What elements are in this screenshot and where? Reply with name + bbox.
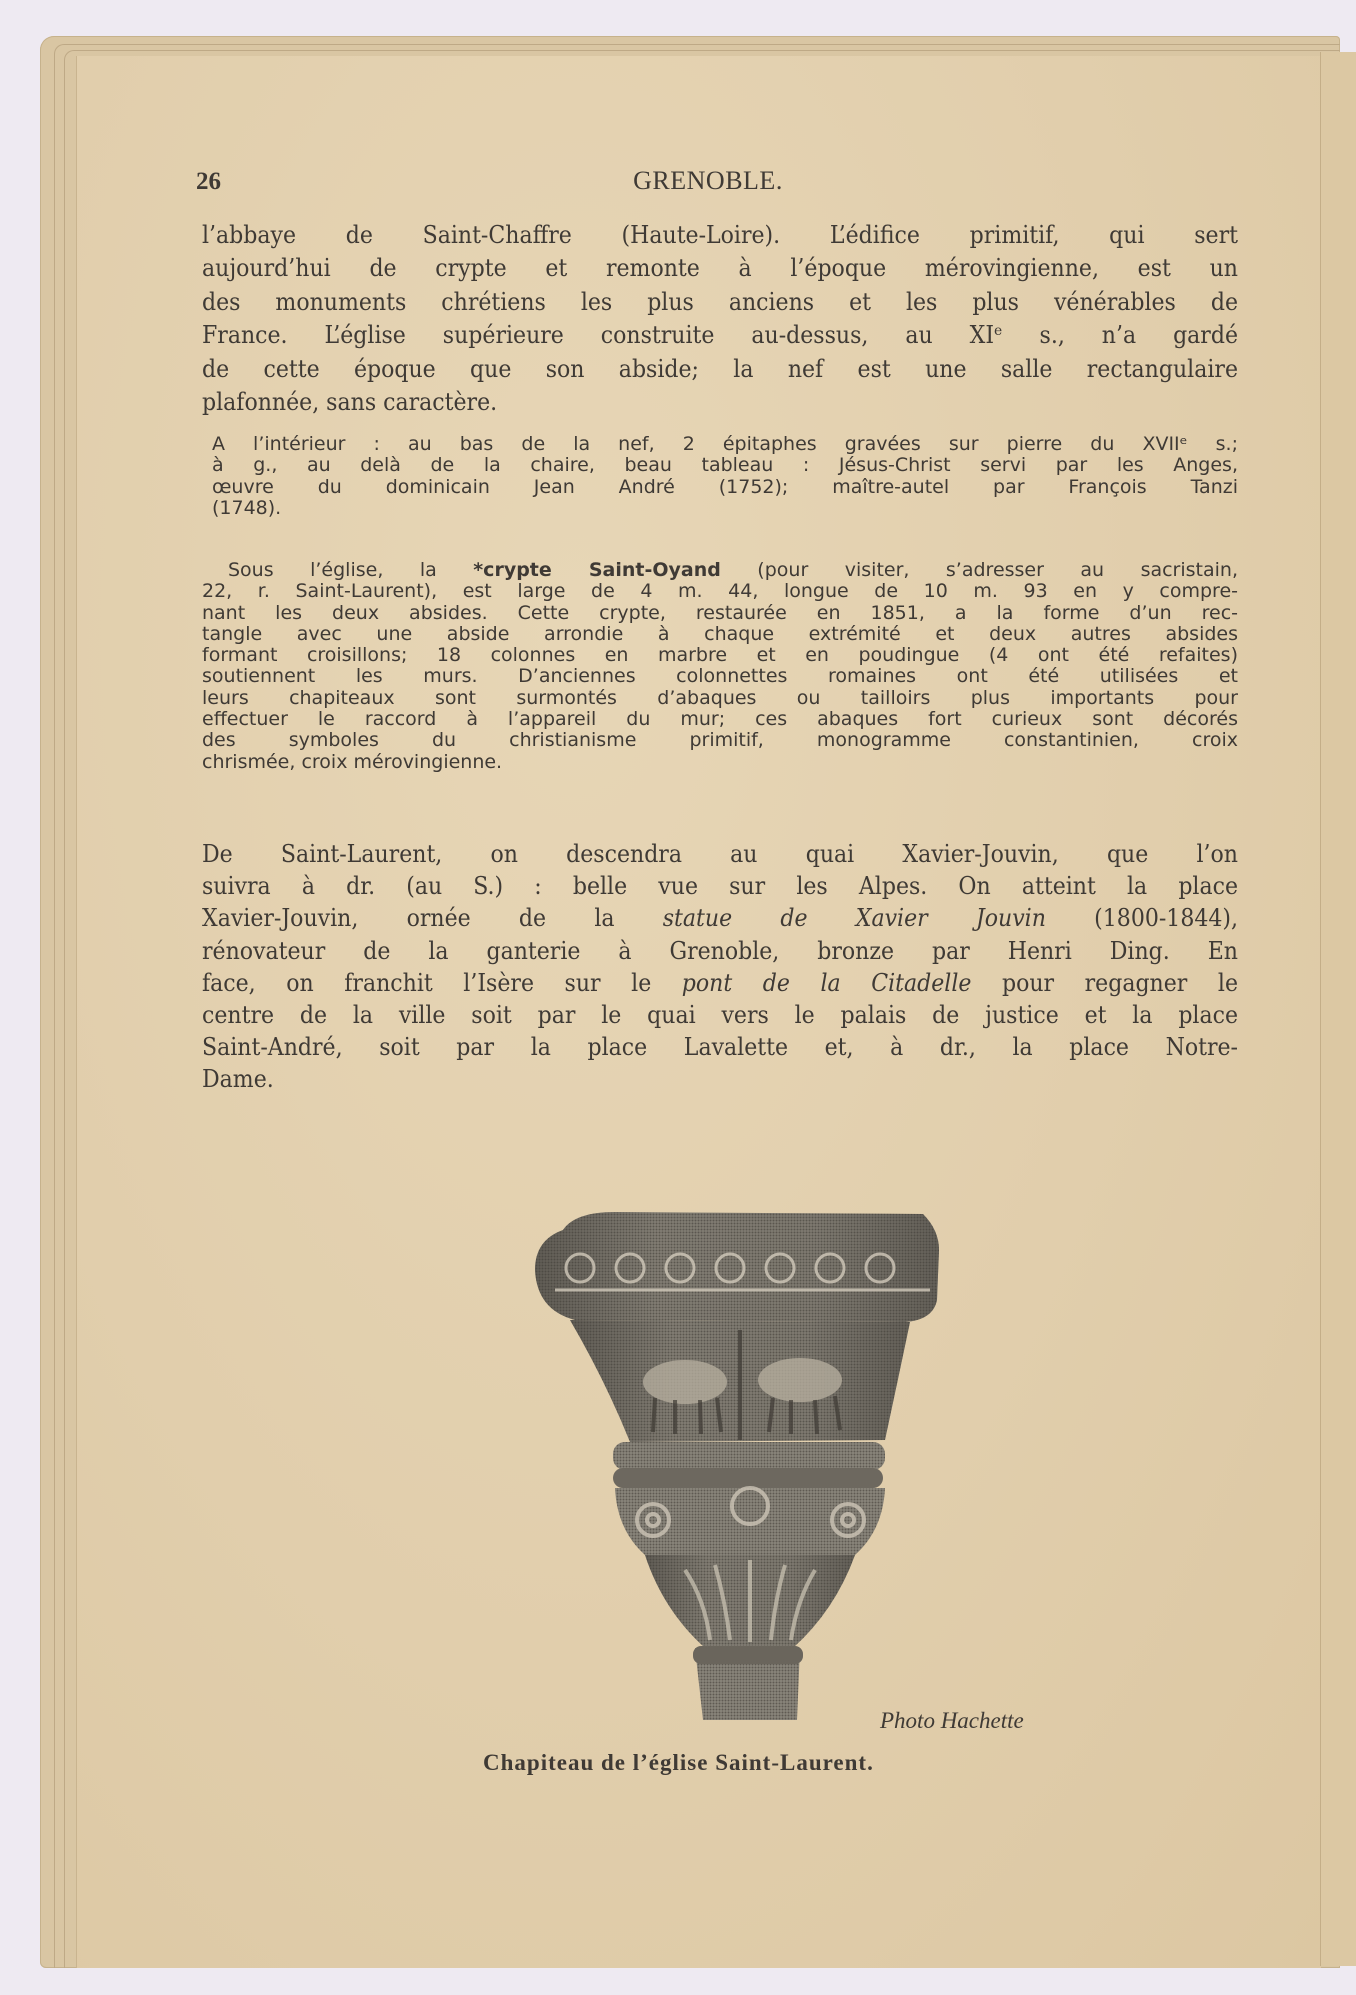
- running-title: GRENOBLE.: [0, 166, 1356, 196]
- text-line: rénovateur de la ganterie à Grenoble, br…: [202, 935, 1238, 967]
- paragraph-interieur: A l’intérieur : au bas de la nef, 2 épit…: [212, 434, 1238, 519]
- facing-page-edge: [1320, 52, 1356, 1966]
- text-line: suivra à dr. (au S.) : belle vue sur les…: [202, 870, 1238, 902]
- text-line: Sous l’église, la *crypte Saint-Oyand (p…: [202, 560, 1238, 581]
- text-line: centre de la ville soit par le quai vers…: [202, 999, 1238, 1031]
- text-line: A l’intérieur : au bas de la nef, 2 épit…: [212, 434, 1238, 455]
- crypte-saint-oyand-heading: *crypte Saint-Oyand: [473, 559, 721, 581]
- text-line: à g., au delà de la chaire, beau tableau…: [212, 455, 1238, 476]
- text-line: (1748).: [212, 498, 1238, 519]
- text-line: plafonnée, sans caractère.: [202, 385, 1238, 418]
- text-line: de cette époque que son abside; la nef e…: [202, 352, 1238, 385]
- text-line: des monuments chrétiens les plus anciens…: [202, 285, 1238, 318]
- text-line: 22, r. Saint-Laurent), est large de 4 m.…: [202, 581, 1238, 602]
- text-line: De Saint-Laurent, on descendra au quai X…: [202, 838, 1238, 870]
- paragraph-abbaye: l’abbaye de Saint-Chaffre (Haute-Loire).…: [202, 218, 1238, 418]
- pont-citadelle-italic: pont de la Citadelle: [682, 968, 972, 997]
- text-line: France. L’église supérieure construite a…: [202, 318, 1238, 351]
- text-line: tangle avec une abside arrondie à chaque…: [202, 624, 1238, 645]
- text-run: pour regagner le: [971, 968, 1238, 997]
- text-line: œuvre du dominicain Jean André (1752); m…: [212, 477, 1238, 498]
- text-line: aujourd’hui de crypte et remonte à l’épo…: [202, 251, 1238, 284]
- text-line: nant les deux absides. Cette crypte, res…: [202, 603, 1238, 624]
- capital-photo: [535, 1210, 941, 1720]
- text-line: effectuer le raccord à l’appareil du mur…: [202, 709, 1238, 730]
- text-line: formant croisillons; 18 colonnes en marb…: [202, 645, 1238, 666]
- text-line: l’abbaye de Saint-Chaffre (Haute-Loire).…: [202, 218, 1238, 251]
- photo-credit: Photo Hachette: [880, 1708, 1024, 1734]
- text-line: Xavier-Jouvin, ornée de la statue de Xav…: [202, 902, 1238, 934]
- text-line: des symboles du christianisme primitif, …: [202, 730, 1238, 751]
- text-line: leurs chapiteaux sont surmontés d’abaque…: [202, 688, 1238, 709]
- paragraph-itinerary: De Saint-Laurent, on descendra au quai X…: [202, 838, 1238, 1096]
- text-run: (pour visiter, s’adresser au sacristain,: [721, 559, 1238, 581]
- text-line: soutiennent les murs. D’anciennes colonn…: [202, 666, 1238, 687]
- text-run: (1800-1844),: [1046, 903, 1238, 932]
- text-run: face, on franchit l’Isère sur le: [202, 968, 682, 997]
- statue-xavier-jouvin-italic: statue de Xavier Jouvin: [663, 903, 1046, 932]
- text-line: chrismée, croix mérovingienne.: [202, 752, 1238, 773]
- text-run: Sous l’église, la: [228, 559, 473, 581]
- paragraph-crypte: Sous l’église, la *crypte Saint-Oyand (p…: [202, 560, 1238, 773]
- text-line: Dame.: [202, 1063, 1238, 1095]
- figure-caption: Chapiteau de l’église Saint-Laurent.: [483, 1750, 874, 1776]
- stone-capital-illustration: [535, 1210, 941, 1720]
- text-line: face, on franchit l’Isère sur le pont de…: [202, 967, 1238, 999]
- text-run: Xavier-Jouvin, ornée de la: [202, 903, 663, 932]
- text-line: Saint-André, soit par la place Lavalette…: [202, 1031, 1238, 1063]
